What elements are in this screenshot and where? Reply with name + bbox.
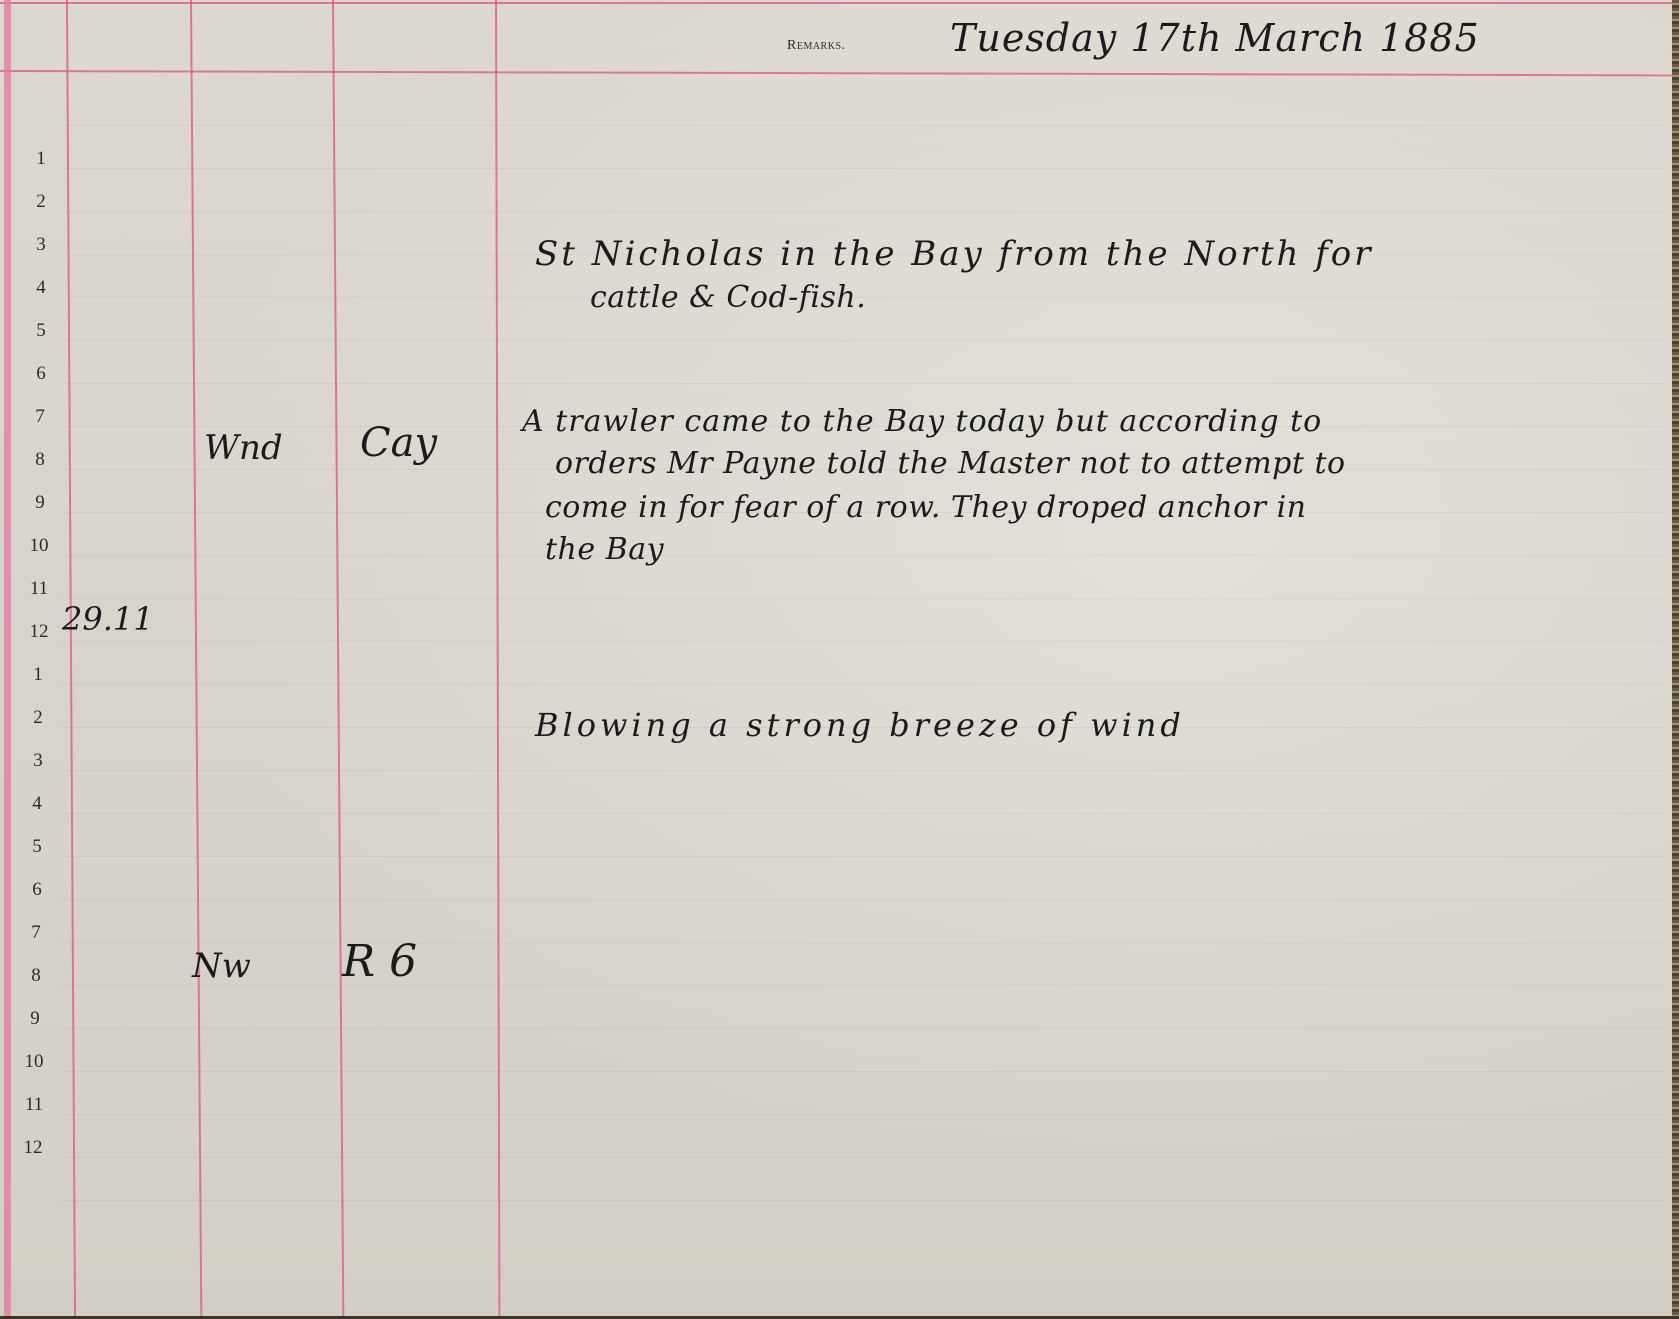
hour-column-rule (66, 0, 76, 1319)
ledger-line (60, 340, 1665, 341)
top-rule (0, 2, 1672, 4)
hour-label: 1 (13, 664, 63, 686)
hour-label: 1 (16, 148, 66, 170)
hour-label: 6 (12, 879, 62, 901)
entry-date: Tuesday 17th March 1885 (950, 16, 1480, 60)
hour-label: 4 (16, 277, 66, 299)
ledger-line (60, 598, 1665, 599)
remark-line: Blowing a strong breeze of wind (535, 706, 1185, 744)
remarks-column-rule (495, 0, 500, 1319)
ledger-line (60, 770, 1665, 771)
ledger-line (60, 555, 1665, 556)
hour-label: 4 (12, 793, 62, 815)
hour-label: 7 (11, 922, 61, 944)
ledger-line (60, 684, 1665, 685)
wind-direction-2: Nw (192, 946, 251, 986)
ledger-line (60, 985, 1665, 986)
ledger-line (60, 856, 1665, 857)
ledger-line (60, 813, 1665, 814)
left-margin-rule (4, 0, 11, 1319)
remarks-heading: Remarks. (787, 38, 846, 54)
remark-line: come in for fear of a row. They droped a… (545, 490, 1307, 525)
ledger-line (60, 1157, 1665, 1158)
ledger-line (60, 899, 1665, 900)
book-page-edge (1672, 0, 1679, 1319)
log-page: Remarks. Tuesday 17th March 1885 1 2 3 4… (0, 0, 1672, 1319)
wind-direction-1: Wnd (204, 428, 283, 468)
hour-label: 10 (9, 1051, 59, 1073)
ledger-line (60, 168, 1665, 169)
remark-line: St Nicholas in the Bay from the North fo… (535, 234, 1374, 274)
hour-label: 11 (14, 578, 64, 600)
hour-label: 12 (8, 1137, 58, 1159)
hour-label: 5 (12, 836, 62, 858)
wind-force-1: Cay (360, 420, 437, 466)
hour-label: 2 (16, 191, 66, 213)
ledger-line (60, 211, 1665, 212)
ledger-line (60, 942, 1665, 943)
hour-label: 9 (15, 492, 65, 514)
hour-label: 10 (14, 535, 64, 557)
hour-label: 8 (11, 965, 61, 987)
barometer-reading: 29.11 (62, 600, 154, 638)
hour-label: 3 (16, 234, 66, 256)
ledger-line (60, 1028, 1665, 1029)
hour-label: 8 (15, 449, 65, 471)
hour-label: 2 (13, 707, 63, 729)
remark-line: A trawler came to the Bay today but acco… (522, 404, 1322, 439)
wind-column-rule (332, 0, 344, 1319)
remark-line: cattle & Cod-fish. (590, 280, 866, 315)
ledger-line (60, 641, 1665, 642)
hour-label: 12 (14, 621, 64, 643)
hour-label: 6 (16, 363, 66, 385)
ledger-line (60, 383, 1665, 384)
ledger-line (60, 1114, 1665, 1115)
hour-label: 9 (10, 1008, 60, 1030)
hour-label: 7 (15, 406, 65, 428)
remark-line: orders Mr Payne told the Master not to a… (555, 446, 1346, 481)
header-rule (0, 70, 1672, 76)
hour-label: 5 (16, 320, 66, 342)
hour-label: 11 (9, 1094, 59, 1116)
ledger-line (60, 1071, 1665, 1072)
barometer-column-rule (190, 0, 202, 1319)
ledger-line (60, 125, 1665, 126)
remark-line: the Bay (545, 532, 664, 567)
hour-label: 3 (13, 750, 63, 772)
ledger-line (60, 1200, 1665, 1201)
wind-force-2: R 6 (342, 936, 417, 987)
